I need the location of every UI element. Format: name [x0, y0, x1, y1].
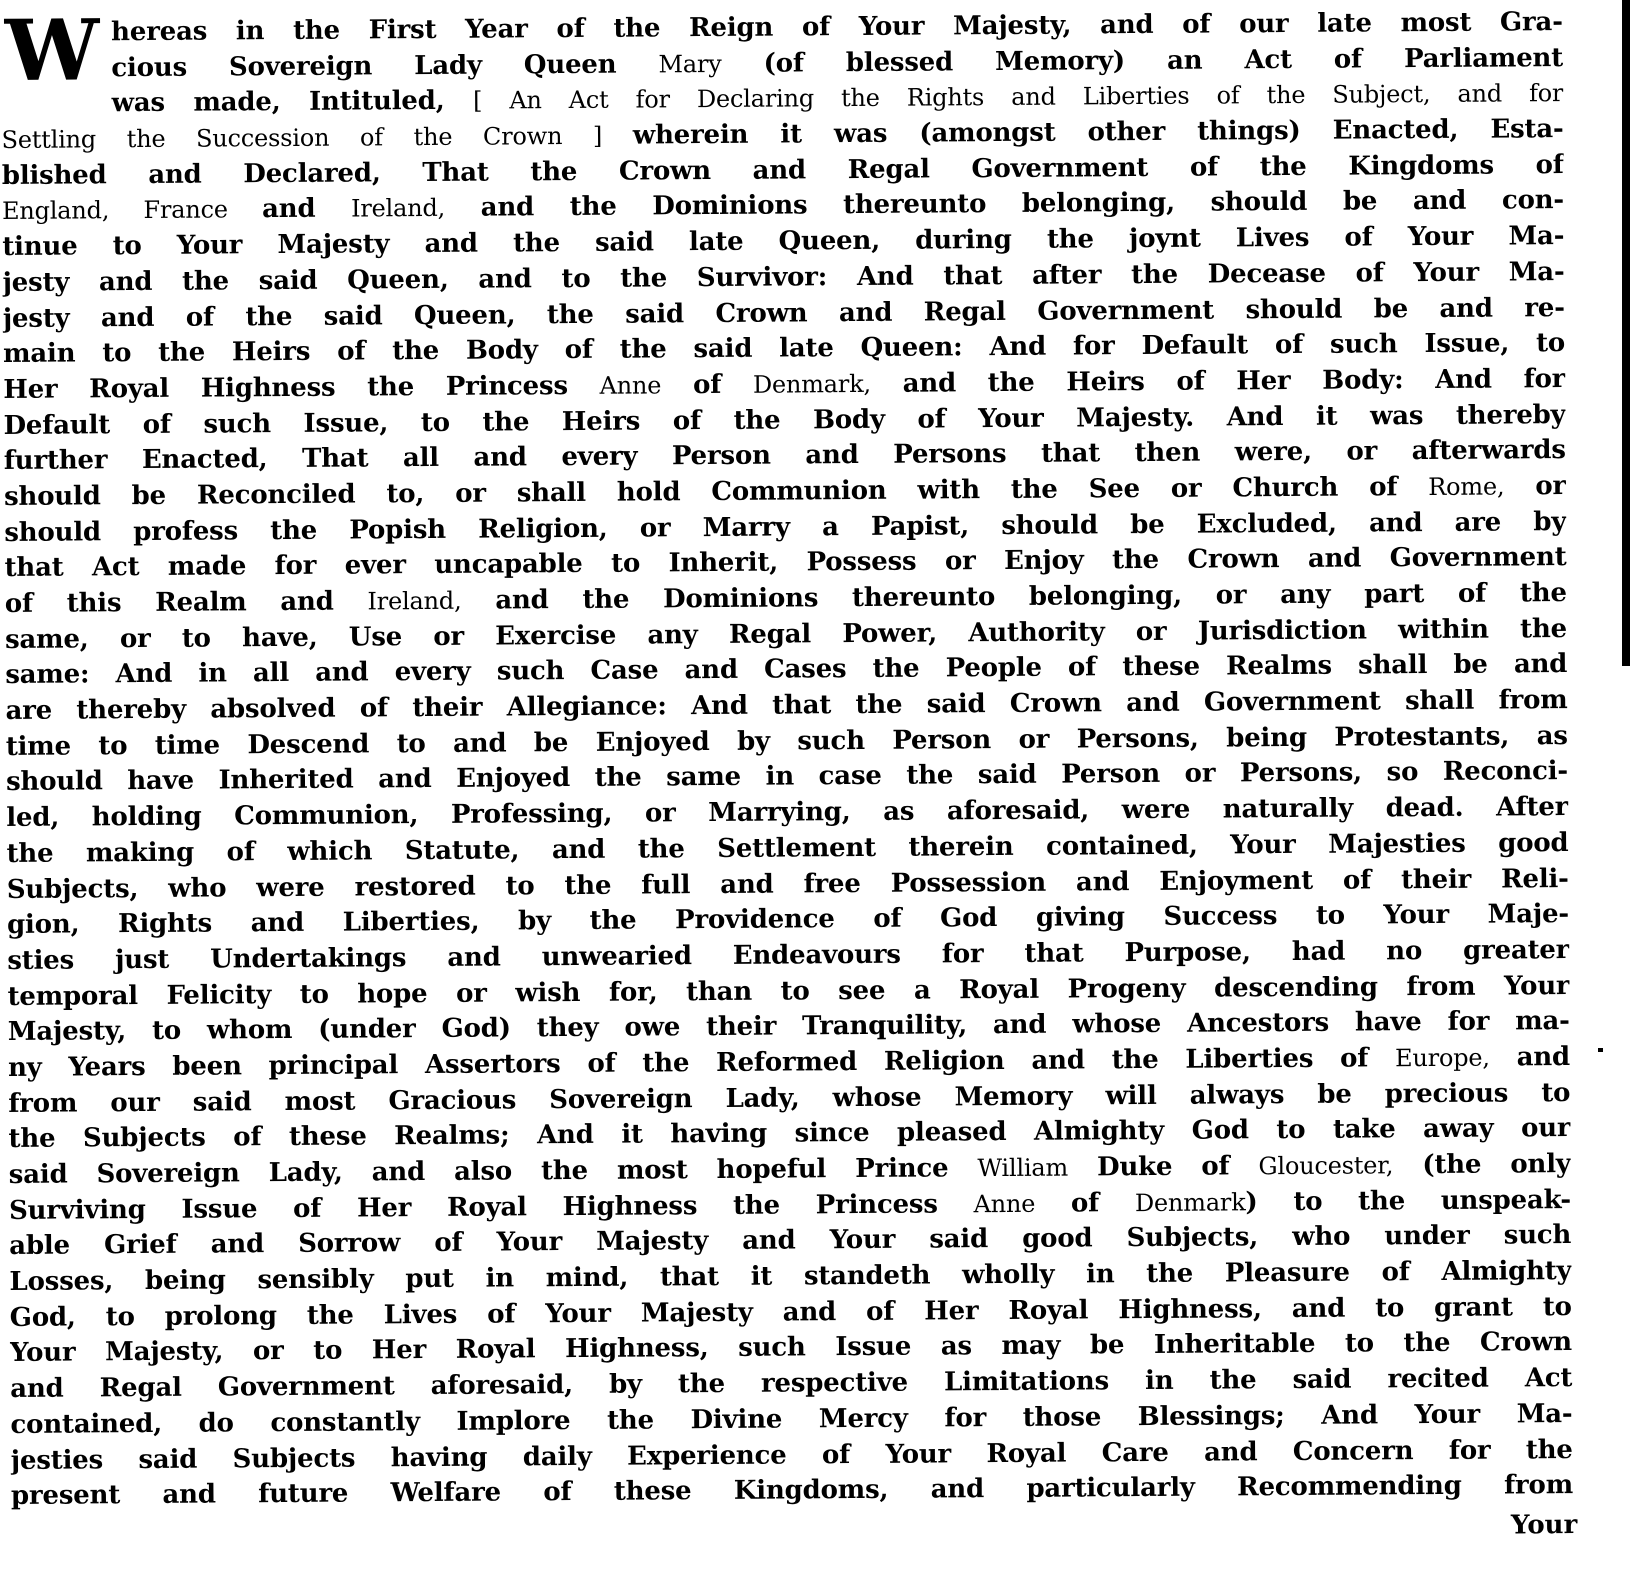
text-segment-roman: [ An Act for Declaring the Rights and Li…: [473, 79, 1563, 115]
text-segment-roman: Ireland,: [367, 587, 461, 616]
text-segment-blackletter: or: [1504, 471, 1566, 501]
scanned-page: { "colors": { "paper": "#ffffff", "ink":…: [0, 0, 1630, 1577]
text-segment-blackletter: and the Heirs of Her Body: And for: [871, 364, 1566, 399]
text-segment-roman: Ireland,: [351, 194, 445, 223]
text-segment-blackletter: and: [1490, 1042, 1570, 1073]
text-segment-blackletter: was made, Intituled,: [112, 86, 474, 119]
text-segment-blackletter: cious Sovereign Lady Queen: [111, 49, 658, 83]
text-segment-roman: Rome,: [1428, 472, 1504, 501]
text-segment-blackletter: and the Dominions thereunto belonging, s…: [445, 186, 1564, 224]
text-segment-blackletter: of this Realm and: [5, 586, 368, 619]
text-segment-roman: Denmark: [1135, 1188, 1246, 1217]
text-segment-roman: England, France: [2, 196, 262, 226]
text-segment-blackletter: said Sovereign Lady, and also the most h…: [9, 1153, 978, 1190]
text-segment-blackletter: of: [1035, 1188, 1135, 1219]
text-segment-blackletter: and: [262, 194, 351, 225]
text-segment-roman: Anne: [600, 371, 662, 399]
scan-speck-artifact: [1598, 1048, 1603, 1052]
text-segment-blackletter: of: [661, 370, 753, 401]
text-segment-roman: Mary: [658, 50, 721, 78]
page-sheet: W hereas in the First Year of the Reign …: [0, 0, 1630, 1555]
text-segment-blackletter: should be Reconciled to, or shall hold C…: [4, 472, 1428, 512]
text-segment-blackletter: Her Royal Highness the Princess: [3, 371, 600, 405]
text-block: W hereas in the First Year of the Reign …: [0, 0, 1630, 1515]
text-segment-blackletter: ny Years been principal Assertors of the…: [8, 1043, 1395, 1083]
text-segment-blackletter: Duke of: [1068, 1151, 1259, 1182]
text-segment-blackletter: wherein it was (amongst other things) En…: [633, 114, 1564, 150]
text-segment-blackletter: (of blessed Memory) an Act of Parliament: [721, 43, 1563, 79]
text-segment-roman: William: [977, 1154, 1068, 1183]
drop-cap-initial: W: [1, 15, 112, 88]
text-segment-blackletter: hereas in the First Year of the Reign of…: [111, 7, 1563, 47]
text-segment-roman: Europe,: [1395, 1044, 1490, 1073]
text-segment-blackletter: (the only: [1393, 1149, 1571, 1180]
scan-edge-artifact: [1622, 0, 1630, 666]
text-segment-blackletter: ) to the unspeak-: [1245, 1185, 1571, 1217]
text-segment-blackletter: Surviving Issue of Her Royal Highness th…: [9, 1189, 974, 1226]
catchword-row: Your: [5, 1507, 1630, 1554]
catchword: Your: [1511, 1510, 1577, 1540]
text-segment-roman: Denmark,: [753, 370, 871, 399]
text-segment-roman: Gloucester,: [1258, 1151, 1393, 1180]
text-segment-roman: Settling the Succession of the Crown ]: [1, 122, 632, 154]
text-segment-blackletter: and the Dominions thereunto belonging, o…: [461, 578, 1566, 616]
text-segment-roman: Anne: [973, 1189, 1035, 1217]
